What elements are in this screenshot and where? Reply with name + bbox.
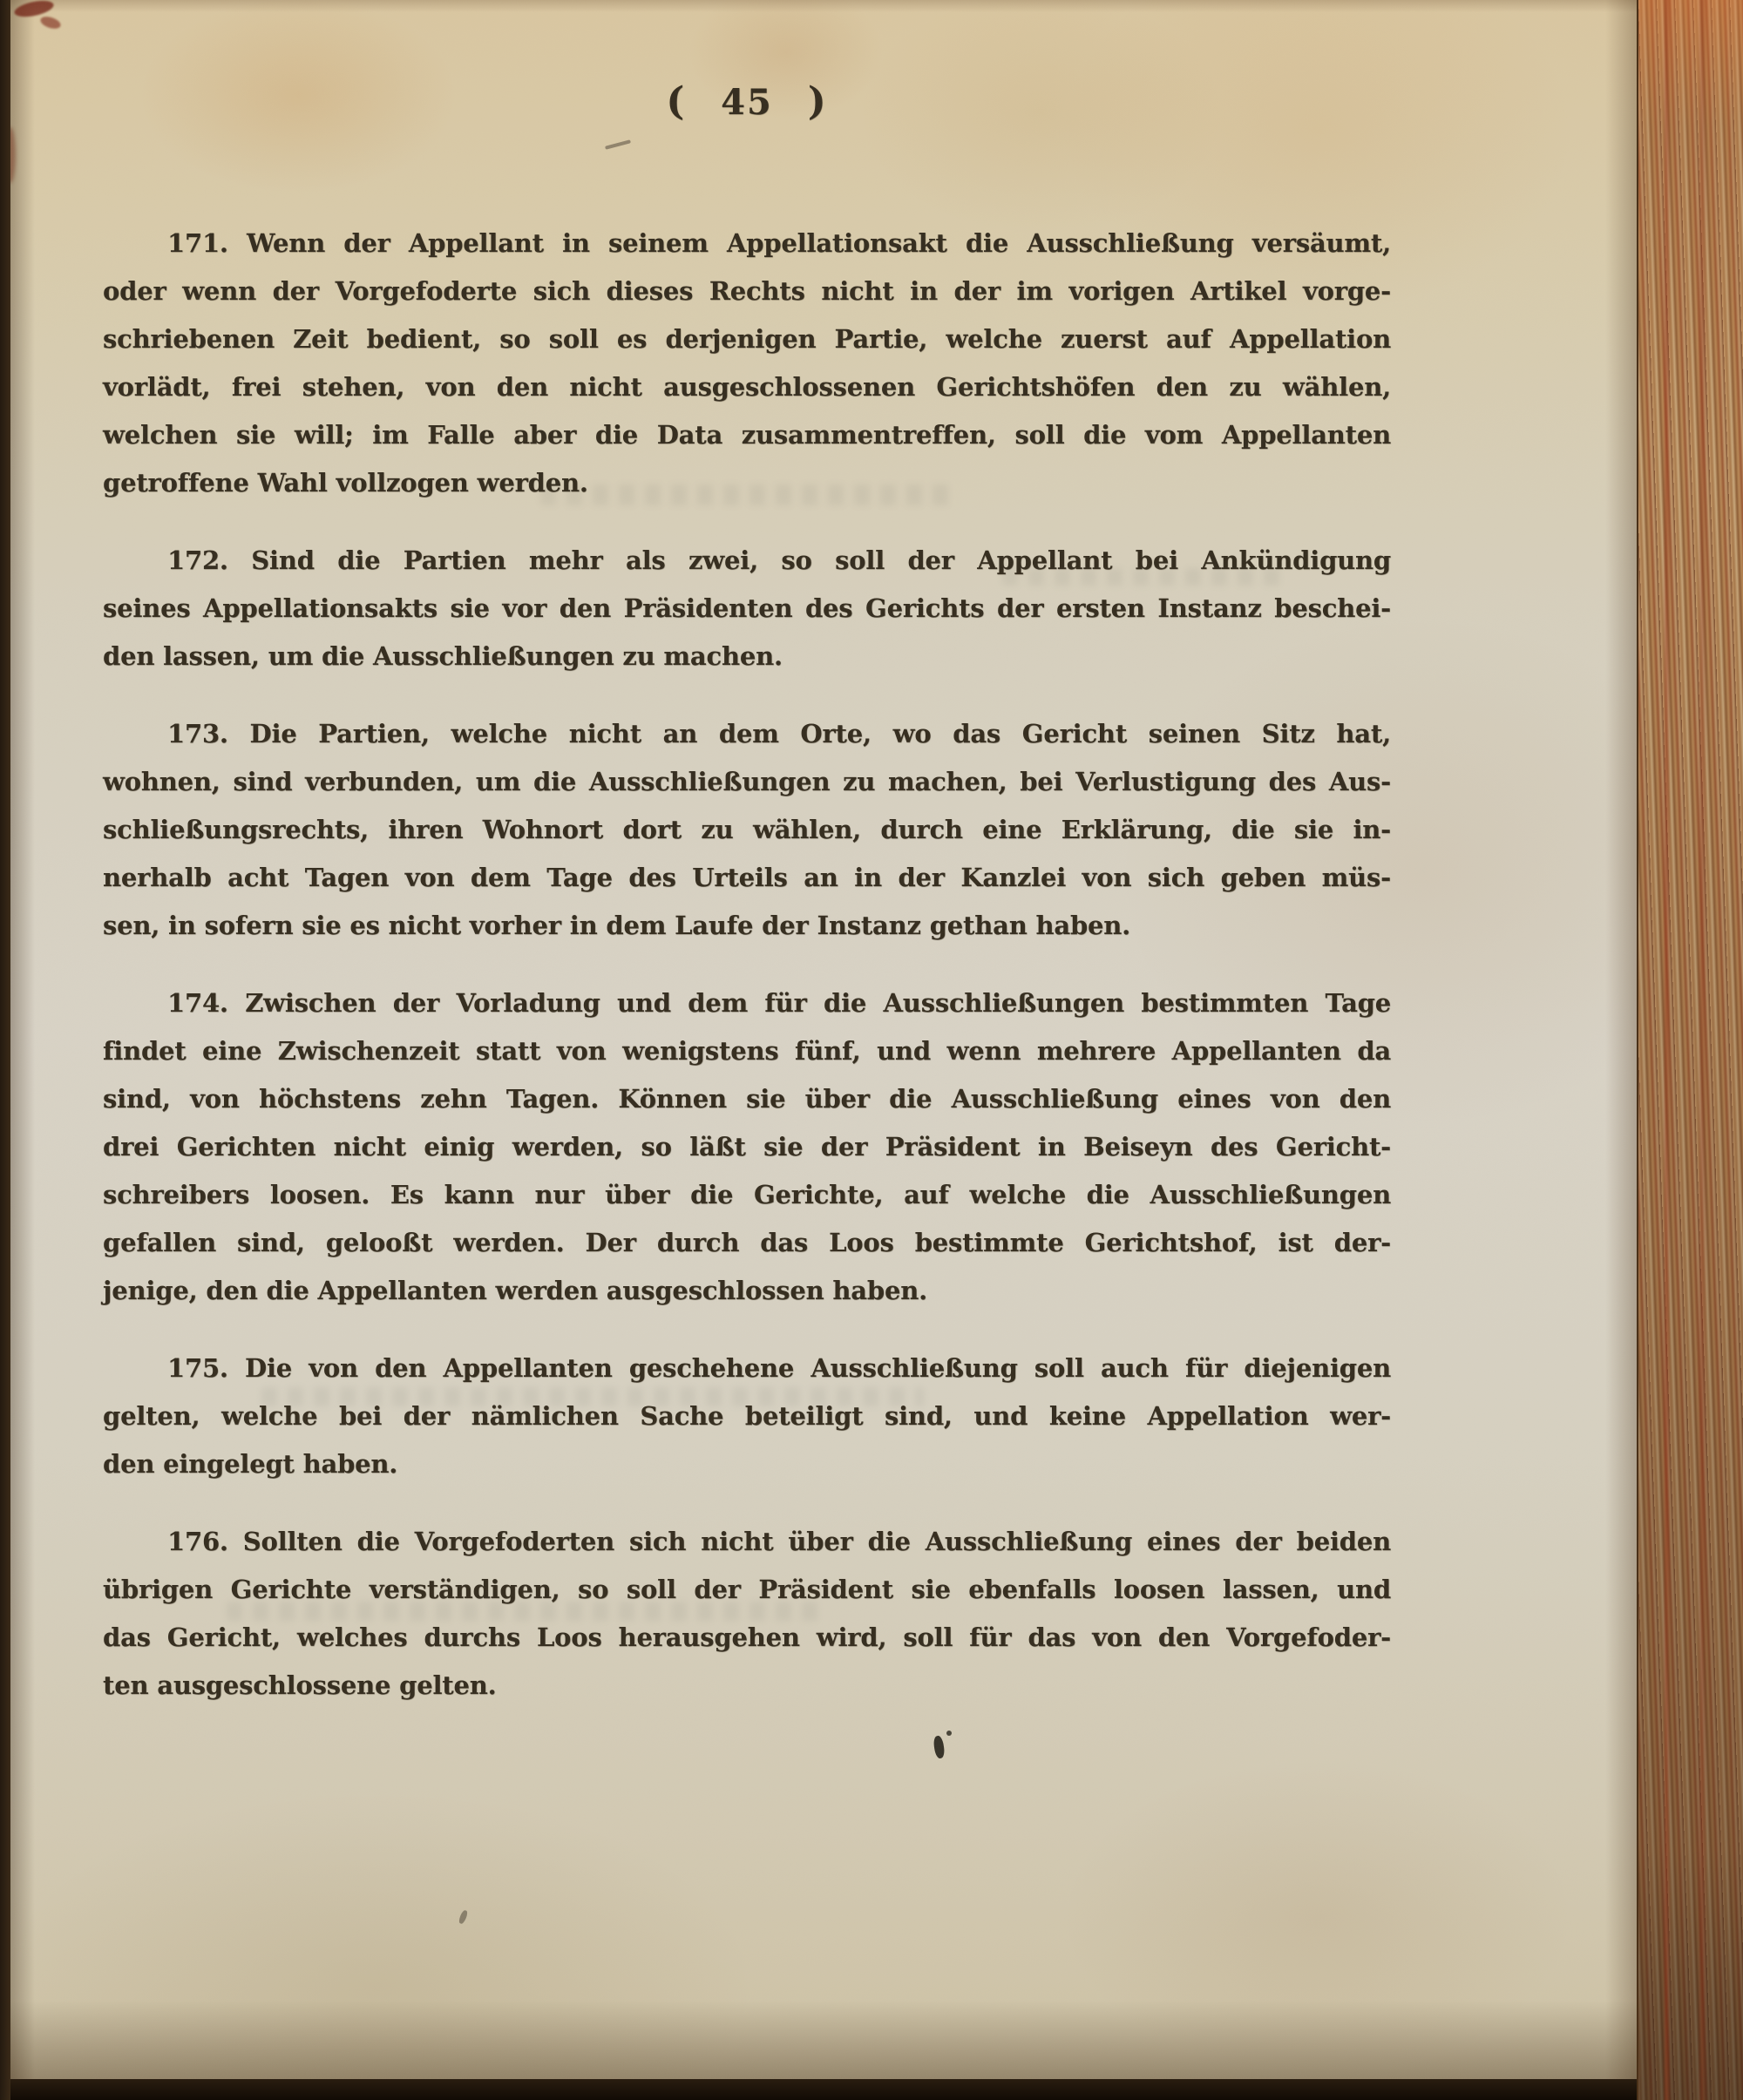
ink-dot-mark [946,1731,952,1736]
text-line: 174. Zwischen der Vorladung und dem für … [103,979,1391,1027]
text-line: übrigen Gerichte verständigen, so soll d… [103,1566,1391,1614]
bottom-shadow [10,2001,1637,2079]
text-line: welchen sie will; im Falle aber die Data… [103,411,1391,459]
text-line: nerhalb acht Tagen von dem Tage des Urte… [103,854,1391,902]
text-line: gelten, welche bei der nämlichen Sache b… [103,1392,1391,1440]
page-number: 45 [721,82,773,123]
text-line: findet eine Zwischenzeit statt von wenig… [103,1027,1391,1075]
text-line: seines Appellationsakts sie vor den Präs… [103,585,1391,633]
text-line: 176. Sollten die Vorgefoderten sich nich… [103,1518,1391,1566]
text-line: 175. Die von den Appellanten geschehene … [103,1345,1391,1392]
text-line: 171. Wenn der Appellant in seinem Appell… [103,220,1391,268]
text-line: 172. Sind die Partien mehr als zwei, so … [103,537,1391,585]
text-line: schließungsrechts, ihren Wohnort dort zu… [103,806,1391,854]
close-paren: ) [808,79,828,124]
text-line: ten ausgeschlossene gelten. [103,1662,1391,1710]
text-block: (45) 171. Wenn der Appellant in seinem A… [103,75,1391,1739]
text-line: drei Gerichten nicht einig werden, so lä… [103,1123,1391,1171]
page-number-header: (45) [103,75,1391,129]
text-line: sind, von höchstens zehn Tagen. Können s… [103,1075,1391,1123]
open-paren: ( [666,79,686,124]
text-line: schriebenen Zeit bedient, so soll es der… [103,315,1391,363]
text-line: wohnen, sind verbunden, um die Ausschlie… [103,758,1391,806]
scan-border-bottom [0,2079,1637,2100]
paragraph-171: 171. Wenn der Appellant in seinem Appell… [103,220,1391,507]
book-page-edge-stack [1637,0,1743,2100]
text-line: schreibers loosen. Es kann nur über die … [103,1171,1391,1219]
paragraph-175: 175. Die von den Appellanten geschehene … [103,1345,1391,1488]
text-line: sen, in sofern sie es nicht vorher in de… [103,902,1391,950]
scan-border-left [0,0,10,2100]
text-line: das Gericht, welches durchs Loos herausg… [103,1614,1391,1662]
text-line: den eingelegt haben. [103,1440,1391,1488]
paragraph-172: 172. Sind die Partien mehr als zwei, so … [103,537,1391,681]
text-line: vorlädt, frei stehen, von den nicht ausg… [103,363,1391,411]
paragraph-174: 174. Zwischen der Vorladung und dem für … [103,979,1391,1315]
text-line: jenige, den die Appellanten werden ausge… [103,1267,1391,1315]
text-line: oder wenn der Vorgefoderte sich dieses R… [103,268,1391,315]
paragraph-173: 173. Die Partien, welche nicht an dem Or… [103,710,1391,950]
text-line: den lassen, um die Ausschließungen zu ma… [103,633,1391,681]
text-line: gefallen sind, gelooßt werden. Der durch… [103,1219,1391,1267]
text-line: getroffene Wahl vollzogen werden. [103,459,1391,507]
paragraph-176: 176. Sollten die Vorgefoderten sich nich… [103,1518,1391,1710]
text-line: 173. Die Partien, welche nicht an dem Or… [103,710,1391,758]
